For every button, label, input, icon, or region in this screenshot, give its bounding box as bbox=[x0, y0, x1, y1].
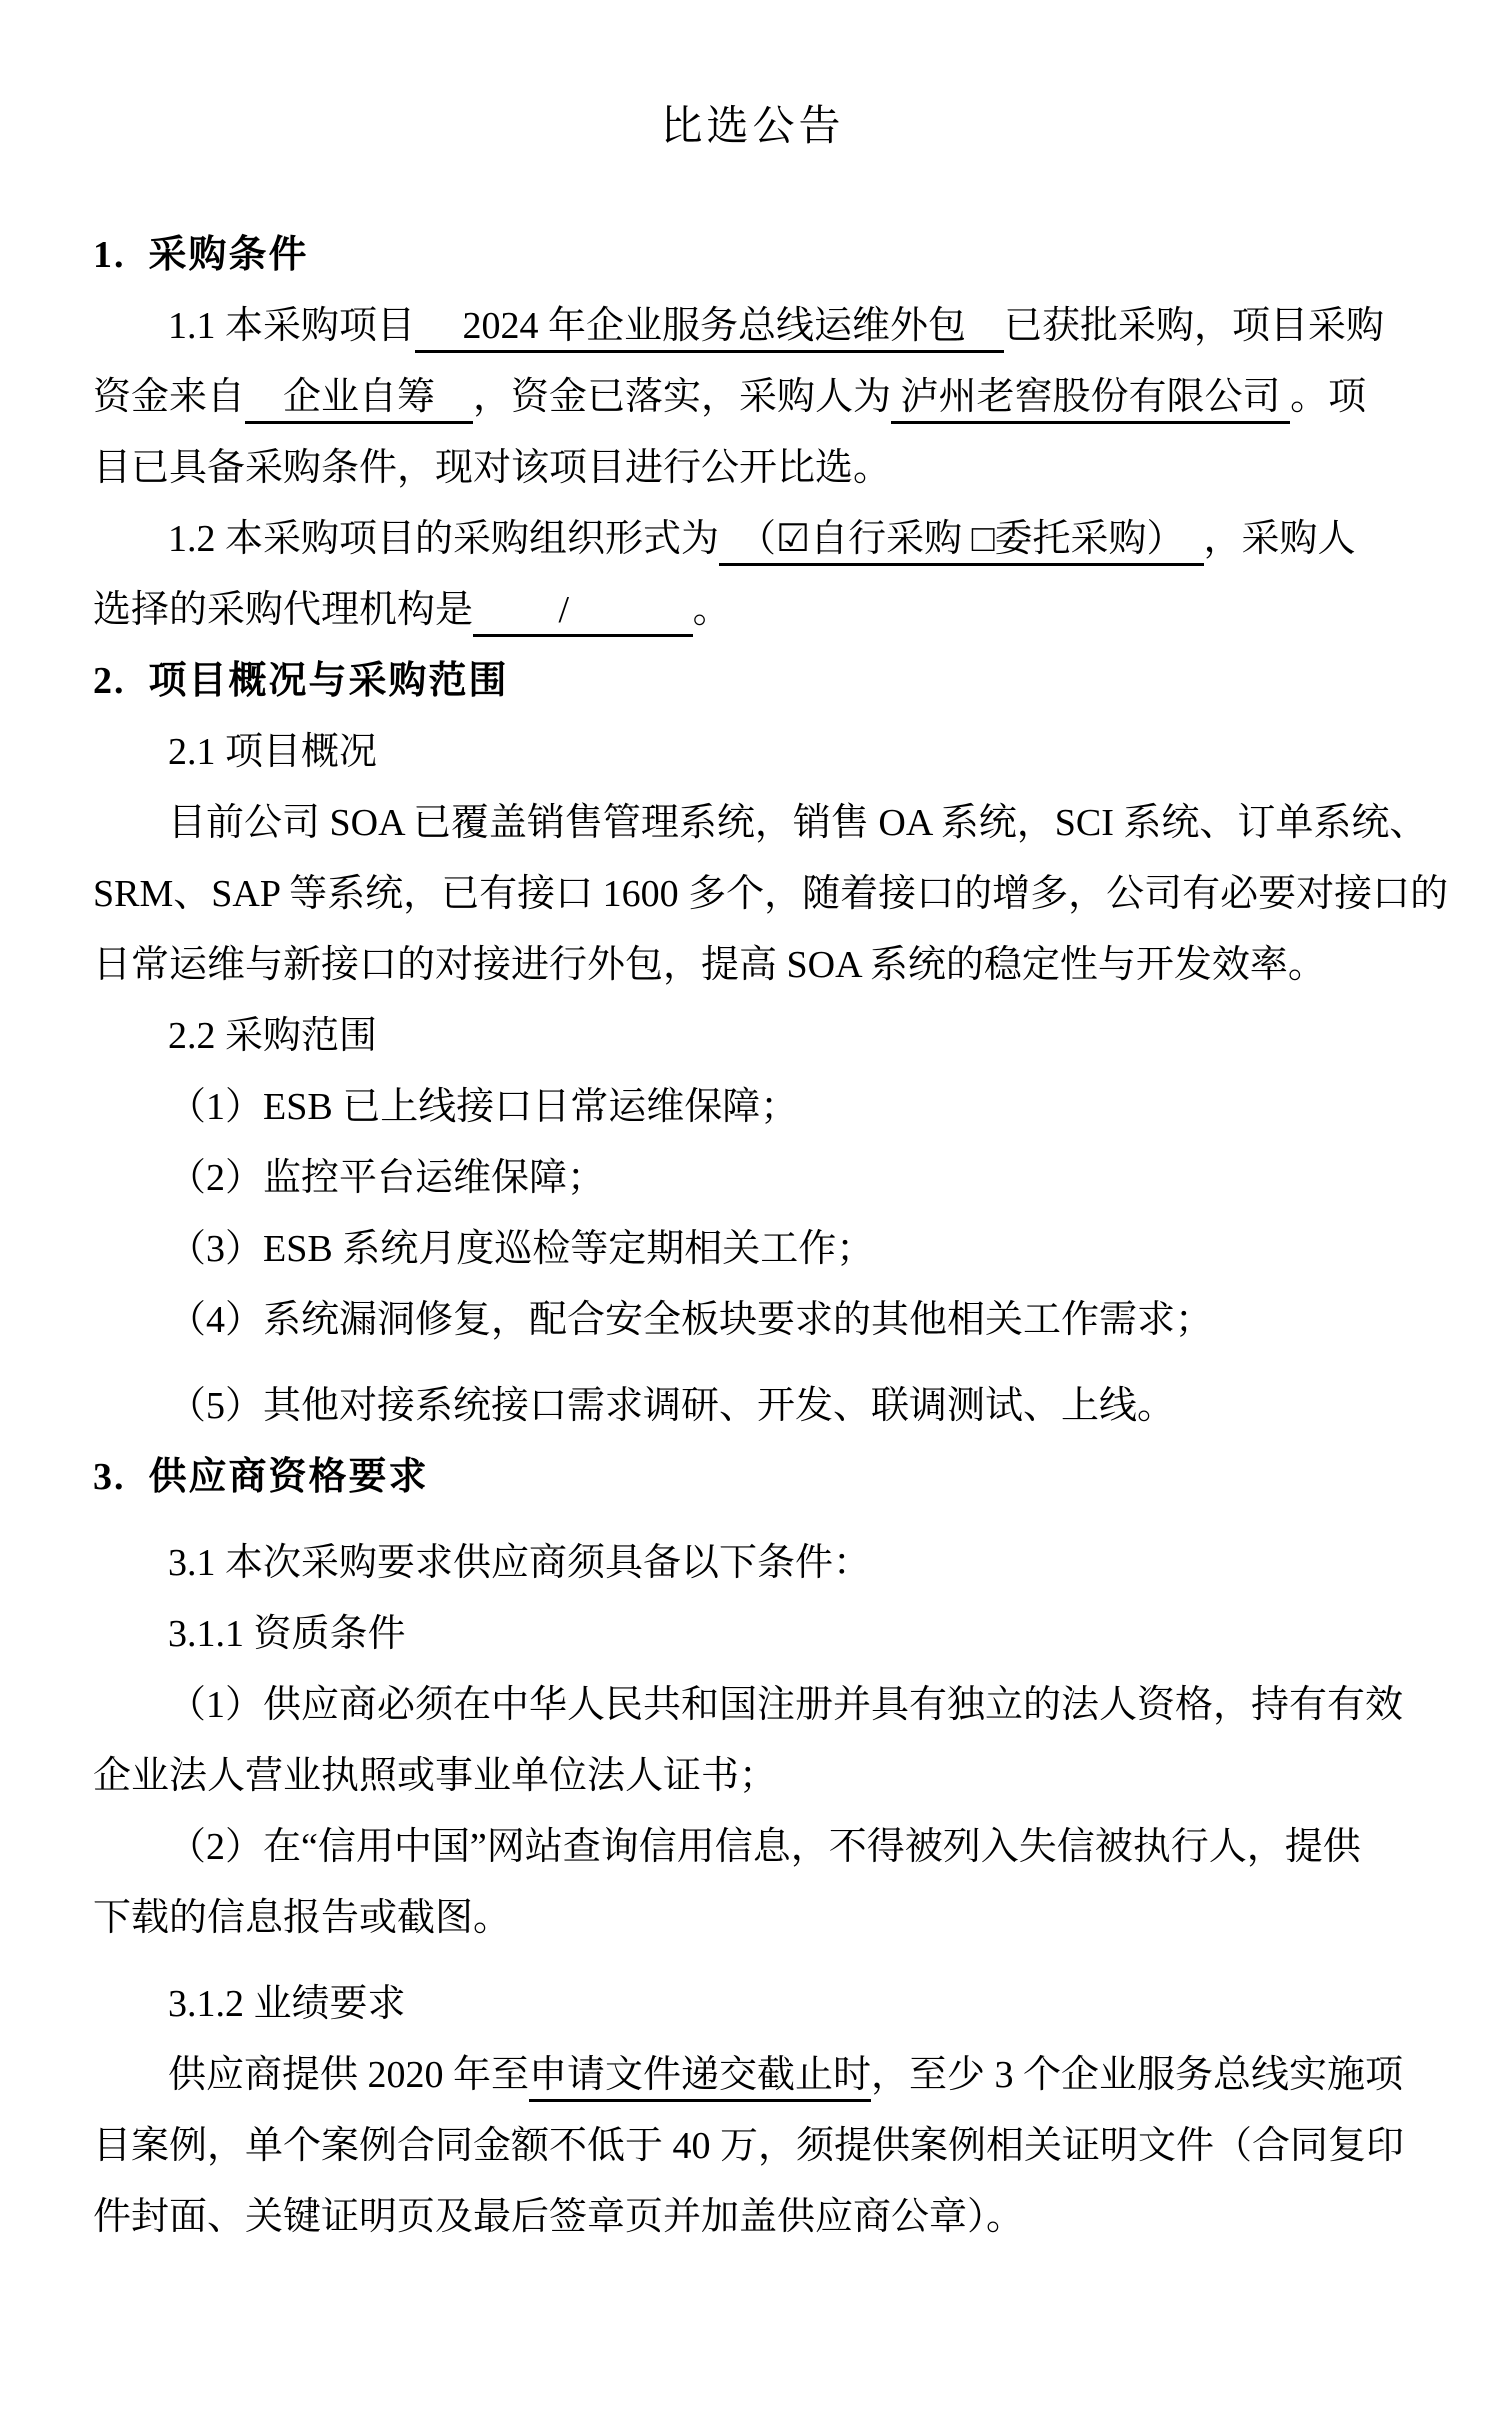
text-segment: 已获批采购，项目采购 bbox=[1004, 305, 1384, 347]
scope-item-3: （3）ESB 系统月度巡检等定期相关工作； bbox=[93, 1214, 1412, 1285]
text-segment: 3.1 本次采购要求供应商须具备以下条件： bbox=[168, 1542, 871, 1584]
underlined-text: 申请文件递交截止时 bbox=[529, 2054, 871, 2102]
text-segment: 件封面、关键证明页及最后签章页并加盖供应商公章）。 bbox=[93, 2196, 1024, 2238]
document-page: 比选公告 1. 采购条件1.1 本采购项目 2024 年企业服务总线运维外包 已… bbox=[0, 0, 1500, 2253]
text-segment: 目已具备采购条件，现对该项目进行公开比选。 bbox=[93, 447, 891, 489]
underlined-text: 2024 年企业服务总线运维外包 bbox=[415, 305, 1004, 353]
text-segment: 选择的采购代理机构是 bbox=[93, 589, 473, 631]
clause-1-1-line-1: 1.1 本采购项目 2024 年企业服务总线运维外包 已获批采购，项目采购 bbox=[93, 291, 1412, 362]
text-segment: 。项 bbox=[1290, 376, 1366, 418]
text-segment: 企业法人营业执照或事业单位法人证书； bbox=[93, 1755, 777, 1797]
text-segment: 。 bbox=[693, 589, 731, 631]
scope-item-1: （1）ESB 已上线接口日常运维保障； bbox=[93, 1072, 1412, 1143]
document-title: 比选公告 bbox=[93, 96, 1412, 158]
section-2-heading: 2. 项目概况与采购范围 bbox=[93, 646, 1412, 717]
clause-2-2-heading: 2.2 采购范围 bbox=[93, 1001, 1412, 1072]
underlined-text: （☑自行采购 □委托采购） bbox=[719, 518, 1204, 566]
text-segment: 目前公司 SOA 已覆盖销售管理系统，销售 OA 系统，SCI 系统、订单系统、 bbox=[168, 802, 1427, 844]
clause-3-1-1-heading: 3.1.1 资质条件 bbox=[93, 1599, 1412, 1670]
section-3-heading: 3. 供应商资格要求 bbox=[93, 1442, 1412, 1513]
text-segment: 目案例，单个案例合同金额不低于 40 万，须提供案例相关证明文件（合同复印 bbox=[93, 2125, 1404, 2167]
text-segment: ，资金已落实，采购人为 bbox=[473, 376, 891, 418]
text-segment: 2.1 项目概况 bbox=[168, 731, 377, 773]
text-segment: 2.2 采购范围 bbox=[168, 1015, 377, 1057]
clause-1-1-line-3: 目已具备采购条件，现对该项目进行公开比选。 bbox=[93, 433, 1412, 504]
underlined-text: 企业自筹 bbox=[245, 376, 473, 424]
text-segment: SRM、SAP 等系统，已有接口 1600 多个，随着接口的增多，公司有必要对接… bbox=[93, 873, 1448, 915]
clause-1-2-line-1: 1.2 本采购项目的采购组织形式为 （☑自行采购 □委托采购） ，采购人 bbox=[93, 504, 1412, 575]
clause-1-2-line-2: 选择的采购代理机构是 / 。 bbox=[93, 575, 1412, 646]
text-segment: 下载的信息报告或截图。 bbox=[93, 1897, 511, 1939]
qualification-item-2-line-2: 下载的信息报告或截图。 bbox=[93, 1883, 1412, 1954]
text-segment: （2）在“信用中国”网站查询信用信息，不得被列入失信被执行人，提供 bbox=[168, 1826, 1361, 1868]
text-segment: ，采购人 bbox=[1204, 518, 1356, 560]
text-segment: 资金来自 bbox=[93, 376, 245, 418]
clause-2-1-heading: 2.1 项目概况 bbox=[93, 717, 1412, 788]
text-segment: 1.2 本采购项目的采购组织形式为 bbox=[168, 518, 719, 560]
text-segment: （1）供应商必须在中华人民共和国注册并具有独立的法人资格，持有有效 bbox=[168, 1684, 1403, 1726]
underlined-text: 泸州老窖股份有限公司 bbox=[891, 376, 1290, 424]
text-segment: 日常运维与新接口的对接进行外包，提高 SOA 系统的稳定性与开发效率。 bbox=[93, 944, 1326, 986]
clause-3-1: 3.1 本次采购要求供应商须具备以下条件： bbox=[93, 1528, 1412, 1599]
scope-item-5: （5）其他对接系统接口需求调研、开发、联调测试、上线。 bbox=[93, 1371, 1412, 1442]
performance-para-line-3: 件封面、关键证明页及最后签章页并加盖供应商公章）。 bbox=[93, 2182, 1412, 2253]
clause-2-1-para-line-2: SRM、SAP 等系统，已有接口 1600 多个，随着接口的增多，公司有必要对接… bbox=[93, 859, 1412, 930]
clause-3-1-2-heading: 3.1.2 业绩要求 bbox=[93, 1969, 1412, 2040]
clause-1-1-line-2: 资金来自 企业自筹 ，资金已落实，采购人为 泸州老窖股份有限公司 。项 bbox=[93, 362, 1412, 433]
text-segment: （2）监控平台运维保障； bbox=[168, 1157, 605, 1199]
qualification-item-1-line-1: （1）供应商必须在中华人民共和国注册并具有独立的法人资格，持有有效 bbox=[93, 1670, 1412, 1741]
text-segment: 1. 采购条件 bbox=[93, 234, 309, 276]
text-segment: （1）ESB 已上线接口日常运维保障； bbox=[168, 1086, 798, 1128]
text-segment: （3）ESB 系统月度巡检等定期相关工作； bbox=[168, 1228, 874, 1270]
text-segment: 2. 项目概况与采购范围 bbox=[93, 660, 509, 702]
text-segment: 3.1.2 业绩要求 bbox=[168, 1983, 406, 2025]
text-segment: （4）系统漏洞修复，配合安全板块要求的其他相关工作需求； bbox=[168, 1299, 1213, 1341]
clause-2-1-para-line-1: 目前公司 SOA 已覆盖销售管理系统，销售 OA 系统，SCI 系统、订单系统、 bbox=[93, 788, 1412, 859]
text-segment: 3. 供应商资格要求 bbox=[93, 1456, 429, 1498]
performance-para-line-2: 目案例，单个案例合同金额不低于 40 万，须提供案例相关证明文件（合同复印 bbox=[93, 2111, 1412, 2182]
text-segment: 供应商提供 2020 年至 bbox=[168, 2054, 529, 2096]
scope-item-2: （2）监控平台运维保障； bbox=[93, 1143, 1412, 1214]
text-segment: ，至少 3 个企业服务总线实施项 bbox=[871, 2054, 1403, 2096]
section-1-heading: 1. 采购条件 bbox=[93, 220, 1412, 291]
text-segment: 1.1 本采购项目 bbox=[168, 305, 415, 347]
underlined-text: / bbox=[473, 589, 693, 637]
qualification-item-2-line-1: （2）在“信用中国”网站查询信用信息，不得被列入失信被执行人，提供 bbox=[93, 1812, 1412, 1883]
document-body: 1. 采购条件1.1 本采购项目 2024 年企业服务总线运维外包 已获批采购，… bbox=[93, 220, 1412, 2253]
scope-item-4: （4）系统漏洞修复，配合安全板块要求的其他相关工作需求； bbox=[93, 1285, 1412, 1356]
text-segment: （5）其他对接系统接口需求调研、开发、联调测试、上线。 bbox=[168, 1385, 1175, 1427]
text-segment: 3.1.1 资质条件 bbox=[168, 1613, 406, 1655]
performance-para-line-1: 供应商提供 2020 年至申请文件递交截止时，至少 3 个企业服务总线实施项 bbox=[93, 2040, 1412, 2111]
qualification-item-1-line-2: 企业法人营业执照或事业单位法人证书； bbox=[93, 1741, 1412, 1812]
clause-2-1-para-line-3: 日常运维与新接口的对接进行外包，提高 SOA 系统的稳定性与开发效率。 bbox=[93, 930, 1412, 1001]
